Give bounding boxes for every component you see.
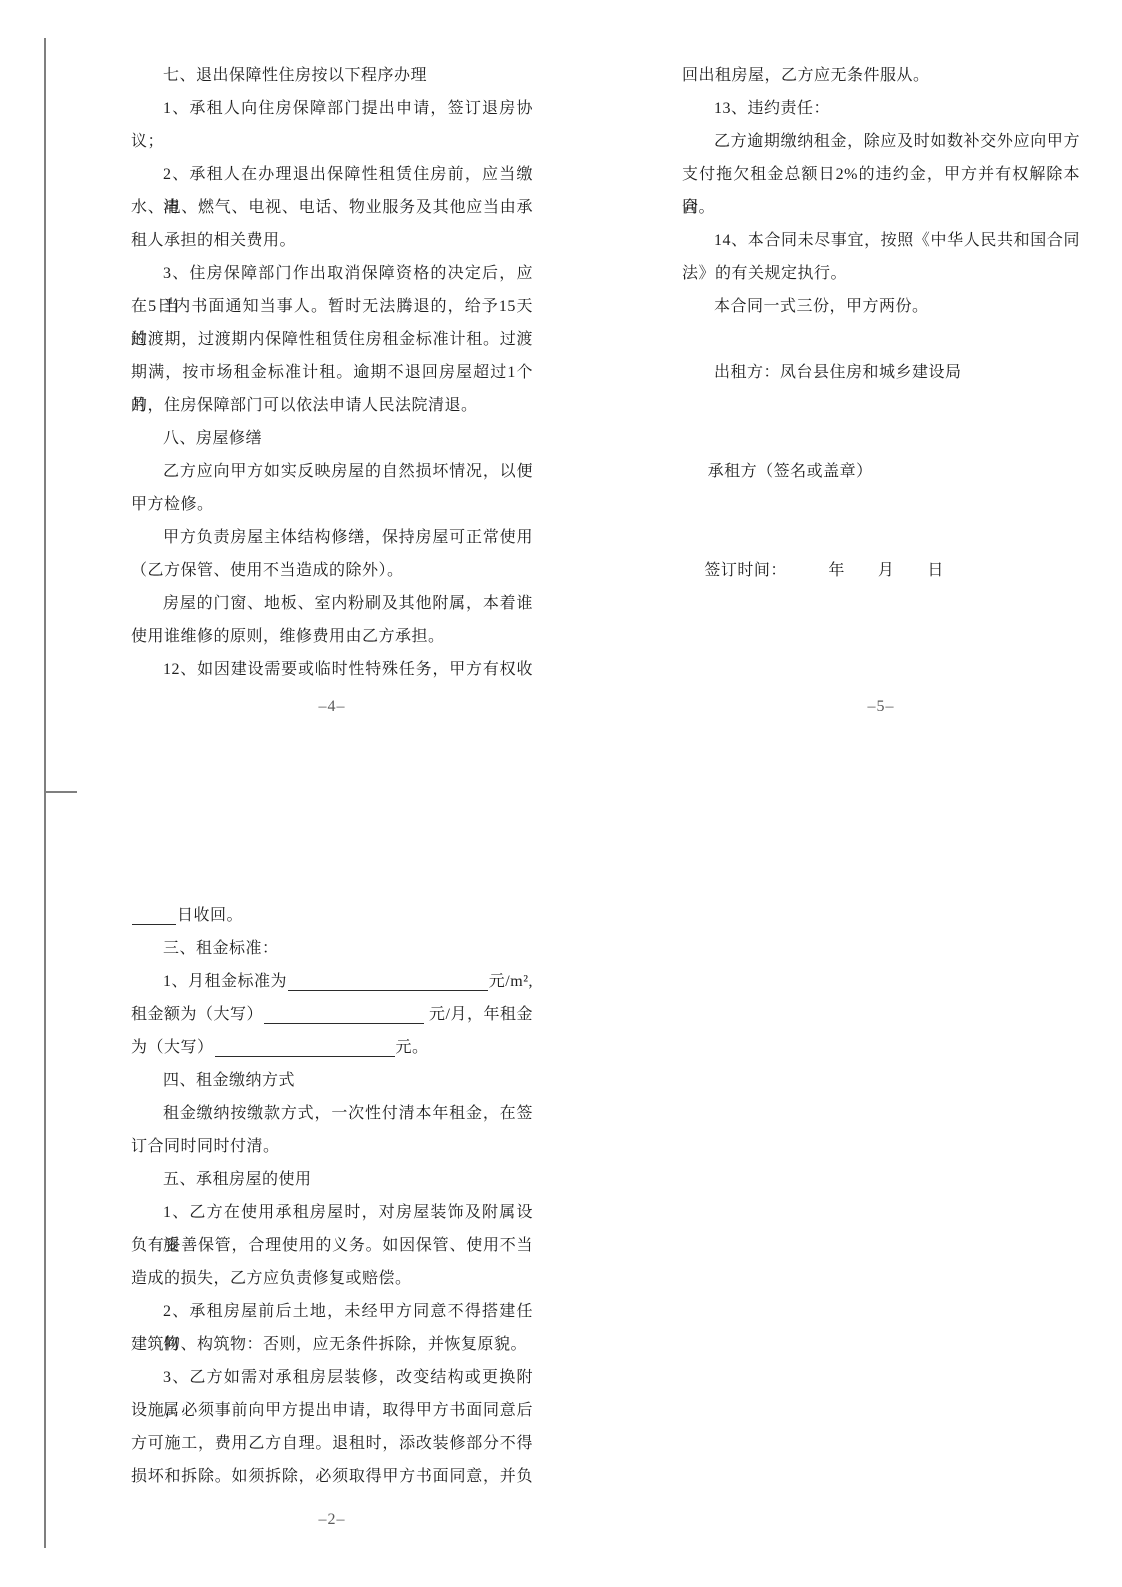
text-line: 回出租房屋，乙方应无条件服从。	[682, 59, 1080, 92]
text-line: 房屋的门窗、地板、室内粉刷及其他附属，本着谁	[131, 587, 533, 620]
text-line: 2、承租房屋前后土地，未经甲方同意不得搭建任何	[131, 1295, 533, 1328]
text-line: 期满，按市场租金标准计租。逾期不退回房屋超过1个月	[131, 356, 533, 389]
text-line: 租金额为（大写） 元/月，年租金	[131, 998, 533, 1031]
text-line: 造成的损失，乙方应负责修复或赔偿。	[131, 1262, 533, 1295]
text-line: 四、租金缴纳方式	[131, 1064, 533, 1097]
text-line: 的，住房保障部门可以依法申请人民法院清退。	[131, 389, 533, 422]
text-line: 12、如因建设需要或临时性特殊任务，甲方有权收	[131, 653, 533, 686]
text-line: 1、乙方在使用承租房屋时，对房屋装饰及附属设施	[131, 1196, 533, 1229]
text-line: 议；	[131, 125, 533, 158]
text-line	[682, 488, 1080, 521]
text-line: 甲方检修。	[131, 488, 533, 521]
text-line: 1、月租金标准为元/m²,	[131, 965, 533, 998]
left-margin-tick	[44, 791, 77, 793]
text-line: 14、本合同未尽事宜，按照《中华人民共和国合同	[682, 224, 1080, 257]
text-line: 甲方负责房屋主体结构修缮，保持房屋可正常使用	[131, 521, 533, 554]
text-line: 建筑物、构筑物：否则，应无条件拆除，并恢复原貌。	[131, 1328, 533, 1361]
text-segment: 元。	[396, 1031, 429, 1064]
text-line: 支付拖欠租金总额日2%的违约金，甲方并有权解除本合	[682, 158, 1080, 191]
text-segment: 1、月租金标准为	[163, 965, 287, 998]
page-number-5: –5–	[682, 690, 1080, 723]
text-line	[682, 521, 1080, 554]
blank-underline-field	[215, 1036, 395, 1057]
left-margin-rule	[44, 38, 46, 1548]
text-line: 本合同一式三份，甲方两份。	[682, 290, 1080, 323]
blank-underline-field	[264, 1003, 424, 1024]
text-line: 租金缴纳按缴款方式，一次性付清本年租金，在签	[131, 1097, 533, 1130]
text-segment: 为（大写）	[131, 1031, 214, 1064]
blank-underline-field	[288, 970, 488, 991]
text-line: 水、电、燃气、电视、电话、物业服务及其他应当由承	[131, 191, 533, 224]
text-line: 2、承租人在办理退出保障性租赁住房前，应当缴清	[131, 158, 533, 191]
text-segment: 元/m²,	[489, 965, 533, 998]
text-line: 3、住房保障部门作出取消保障资格的决定后，应当	[131, 257, 533, 290]
text-line: 订合同时同时付清。	[131, 1130, 533, 1163]
text-line	[682, 389, 1080, 422]
text-segment: 租金额为（大写）	[131, 998, 263, 1031]
text-line: （乙方保管、使用不当造成的除外）。	[131, 554, 533, 587]
text-line: 七、退出保障性住房按以下程序办理	[131, 59, 533, 92]
text-line: 设施，必须事前向甲方提出申请，取得甲方书面同意后	[131, 1394, 533, 1427]
text-line	[682, 422, 1080, 455]
text-line: 日收回。	[131, 899, 533, 932]
text-line: 出租方：凤台县住房和城乡建设局	[682, 356, 1080, 389]
text-line: 13、违约责任：	[682, 92, 1080, 125]
text-line: 使用谁维修的原则，维修费用由乙方承担。	[131, 620, 533, 653]
page-number-2: –2–	[131, 1503, 533, 1536]
text-line: 承租方（签名或盖章）	[682, 455, 1080, 488]
page5-text-column: 回出租房屋，乙方应无条件服从。13、违约责任：乙方逾期缴纳租金，除应及时如数补交…	[682, 59, 1080, 587]
scanned-document-sheet: 七、退出保障性住房按以下程序办理1、承租人向住房保障部门提出申请，签订退房协议；…	[0, 0, 1122, 1587]
text-line: 在5日内书面通知当事人。暂时无法腾退的，给予15天的	[131, 290, 533, 323]
text-line: 同。	[682, 191, 1080, 224]
page2-text-column: 日收回。三、租金标准：1、月租金标准为元/m²,租金额为（大写） 元/月，年租金…	[131, 899, 533, 1493]
text-line: 3、乙方如需对承租房层装修，改变结构或更换附属	[131, 1361, 533, 1394]
text-line: 方可施工，费用乙方自理。退租时，添改装修部分不得	[131, 1427, 533, 1460]
text-line: 乙方逾期缴纳租金，除应及时如数补交外应向甲方	[682, 125, 1080, 158]
page4-text-column: 七、退出保障性住房按以下程序办理1、承租人向住房保障部门提出申请，签订退房协议；…	[131, 59, 533, 686]
text-line: 八、房屋修缮	[131, 422, 533, 455]
page-number-4: –4–	[131, 690, 533, 723]
text-line: 法》的有关规定执行。	[682, 257, 1080, 290]
text-line: 乙方应向甲方如实反映房屋的自然损坏情况，以便	[131, 455, 533, 488]
text-segment: 元/月，年租金	[425, 998, 533, 1031]
text-line	[682, 323, 1080, 356]
text-line: 1、承租人向住房保障部门提出申请，签订退房协	[131, 92, 533, 125]
text-line: 过渡期，过渡期内保障性租赁住房租金标准计租。过渡	[131, 323, 533, 356]
text-line: 签订时间： 年 月 日	[682, 554, 1080, 587]
text-line: 五、承租房屋的使用	[131, 1163, 533, 1196]
text-line: 负有妥善保管，合理使用的义务。如因保管、使用不当	[131, 1229, 533, 1262]
text-line: 损坏和拆除。如须拆除，必须取得甲方书面同意，并负	[131, 1460, 533, 1493]
text-segment: 日收回。	[177, 899, 243, 932]
blank-underline-field	[132, 904, 176, 925]
text-line: 三、租金标准：	[131, 932, 533, 965]
text-line: 为（大写）元。	[131, 1031, 533, 1064]
text-line: 租人承担的相关费用。	[131, 224, 533, 257]
